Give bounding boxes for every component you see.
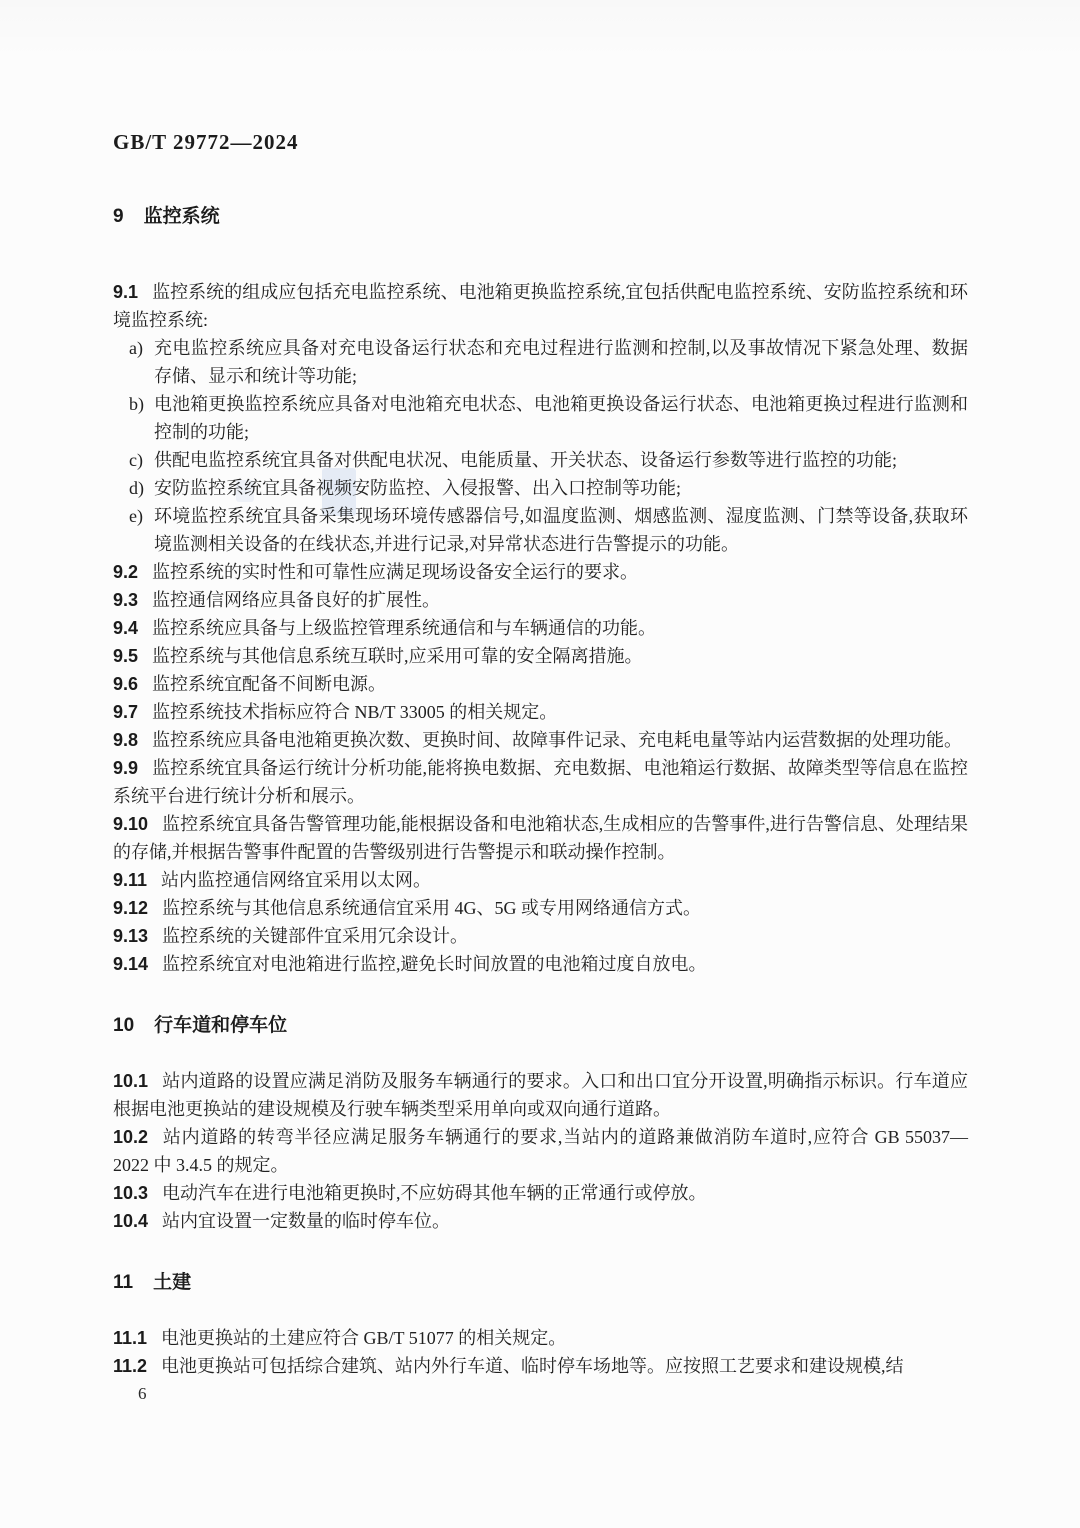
- list-marker: c): [129, 446, 143, 474]
- clause-number: 11.2: [113, 1356, 147, 1376]
- clause-text: 站内道路的设置应满足消防及服务车辆通行的要求。入口和出口宜分开设置,明确指示标识…: [113, 1071, 968, 1119]
- clause-text: 电池更换站的土建应符合 GB/T 51077 的相关规定。: [161, 1328, 566, 1348]
- clause-number: 9.5: [113, 646, 138, 666]
- clause-text: 监控系统与其他信息系统通信宜采用 4G、5G 或专用网络通信方式。: [162, 898, 701, 918]
- list-item-text: 充电监控系统应具备对充电设备运行状态和充电过程进行监测和控制,以及事故情况下紧急…: [154, 338, 968, 386]
- clause-number: 9.4: [113, 618, 138, 638]
- clause-9-5: 9.5监控系统与其他信息系统互联时,应采用可靠的安全隔离措施。: [113, 642, 968, 670]
- page-number: 6: [138, 1380, 968, 1408]
- list-item-text: 安防监控系统宜具备视频安防监控、入侵报警、出入口控制等功能;: [154, 478, 681, 498]
- clause-number: 9.11: [113, 870, 147, 890]
- clause-9-14: 9.14监控系统宜对电池箱进行监控,避免长时间放置的电池箱过度自放电。: [113, 950, 968, 978]
- clause-text: 监控系统宜具备运行统计分析功能,能将换电数据、充电数据、电池箱运行数据、故障类型…: [113, 758, 968, 806]
- clause-9-2: 9.2监控系统的实时性和可靠性应满足现场设备安全运行的要求。: [113, 558, 968, 586]
- clause-text: 站内宜设置一定数量的临时停车位。: [162, 1211, 450, 1231]
- clause-text: 监控系统应具备电池箱更换次数、更换时间、故障事件记录、充电耗电量等站内运营数据的…: [152, 730, 962, 750]
- section-number: 10: [113, 1015, 134, 1036]
- clause-number: 10.3: [113, 1183, 148, 1203]
- clause-10-2: 10.2站内道路的转弯半径应满足服务车辆通行的要求,当站内的道路兼做消防车道时,…: [113, 1123, 968, 1179]
- clause-9-12: 9.12监控系统与其他信息系统通信宜采用 4G、5G 或专用网络通信方式。: [113, 894, 968, 922]
- clause-number: 9.13: [113, 926, 148, 946]
- clause-number: 10.1: [113, 1071, 148, 1091]
- clause-number: 9.1: [113, 282, 138, 302]
- list-item-e: e)环境监控系统宜具备采集现场环境传感器信号,如温度监测、烟感监测、湿度监测、门…: [113, 502, 968, 558]
- clause-number: 9.2: [113, 562, 138, 582]
- clause-number: 9.12: [113, 898, 148, 918]
- clause-11-1: 11.1电池更换站的土建应符合 GB/T 51077 的相关规定。: [113, 1324, 968, 1352]
- section-heading-11: 11土建: [113, 1269, 968, 1297]
- clause-number: 10.2: [113, 1127, 148, 1147]
- section-number: 9: [113, 206, 124, 227]
- clause-9-7: 9.7监控系统技术指标应符合 NB/T 33005 的相关规定。: [113, 698, 968, 726]
- clause-9-11: 9.11站内监控通信网络宜采用以太网。: [113, 866, 968, 894]
- list-item-d: d)安防监控系统宜具备视频安防监控、入侵报警、出入口控制等功能;: [113, 474, 968, 502]
- clause-text: 电动汽车在进行电池箱更换时,不应妨碍其他车辆的正常通行或停放。: [162, 1183, 707, 1203]
- section-heading-10: 10行车道和停车位: [113, 1012, 968, 1040]
- clause-text: 监控系统与其他信息系统互联时,应采用可靠的安全隔离措施。: [152, 646, 643, 666]
- section-title: 土建: [153, 1272, 191, 1293]
- clause-text: 监控系统宜对电池箱进行监控,避免长时间放置的电池箱过度自放电。: [162, 954, 707, 974]
- clause-text: 监控系统的关键部件宜采用冗余设计。: [162, 926, 468, 946]
- clause-9-1: 9.1监控系统的组成应包括充电监控系统、电池箱更换监控系统,宜包括供配电监控系统…: [113, 278, 968, 334]
- clause-10-3: 10.3电动汽车在进行电池箱更换时,不应妨碍其他车辆的正常通行或停放。: [113, 1179, 968, 1207]
- list-marker: d): [129, 474, 144, 502]
- clause-number: 11.1: [113, 1328, 147, 1348]
- clause-text: 监控系统应具备与上级监控管理系统通信和与车辆通信的功能。: [152, 618, 656, 638]
- clause-text: 站内道路的转弯半径应满足服务车辆通行的要求,当站内的道路兼做消防车道时,应符合 …: [113, 1127, 968, 1175]
- list-item-text: 供配电监控系统宜具备对供配电状况、电能质量、开关状态、设备运行参数等进行监控的功…: [154, 450, 897, 470]
- clause-text: 电池更换站可包括综合建筑、站内外行车道、临时停车场地等。应按照工艺要求和建设规模…: [161, 1356, 904, 1376]
- clause-text: 监控系统宜具备告警管理功能,能根据设备和电池箱状态,生成相应的告警事件,进行告警…: [113, 814, 968, 862]
- list-marker: b): [129, 390, 144, 418]
- section-heading-9: 9监控系统: [113, 203, 968, 231]
- doc-code: GB/T 29772—2024: [113, 128, 968, 156]
- clause-11-2: 11.2电池更换站可包括综合建筑、站内外行车道、临时停车场地等。应按照工艺要求和…: [113, 1352, 968, 1380]
- section-number: 11: [113, 1272, 133, 1293]
- list-item-a: a)充电监控系统应具备对充电设备运行状态和充电过程进行监测和控制,以及事故情况下…: [113, 334, 968, 390]
- section-title: 监控系统: [144, 206, 220, 227]
- clause-10-1: 10.1站内道路的设置应满足消防及服务车辆通行的要求。入口和出口宜分开设置,明确…: [113, 1067, 968, 1123]
- clause-9-9: 9.9监控系统宜具备运行统计分析功能,能将换电数据、充电数据、电池箱运行数据、故…: [113, 754, 968, 810]
- clause-9-1-list: a)充电监控系统应具备对充电设备运行状态和充电过程进行监测和控制,以及事故情况下…: [113, 334, 968, 558]
- list-marker: e): [129, 502, 143, 530]
- clause-number: 9.8: [113, 730, 138, 750]
- clause-number: 9.9: [113, 758, 138, 778]
- clause-number: 10.4: [113, 1211, 148, 1231]
- clause-text: 站内监控通信网络宜采用以太网。: [161, 870, 431, 890]
- list-item-b: b)电池箱更换监控系统应具备对电池箱充电状态、电池箱更换设备运行状态、电池箱更换…: [113, 390, 968, 446]
- clause-9-4: 9.4监控系统应具备与上级监控管理系统通信和与车辆通信的功能。: [113, 614, 968, 642]
- clause-text: 监控系统的组成应包括充电监控系统、电池箱更换监控系统,宜包括供配电监控系统、安防…: [113, 282, 968, 330]
- clause-text: 监控系统宜配备不间断电源。: [152, 674, 386, 694]
- list-marker: a): [129, 334, 143, 362]
- clause-text: 监控通信网络应具备良好的扩展性。: [152, 590, 440, 610]
- list-item-text: 电池箱更换监控系统应具备对电池箱充电状态、电池箱更换设备运行状态、电池箱更换过程…: [154, 394, 968, 442]
- clause-number: 9.10: [113, 814, 148, 834]
- document-page: GB/T 29772—2024 9监控系统 9.1监控系统的组成应包括充电监控系…: [0, 0, 1080, 1528]
- clause-9-3: 9.3监控通信网络应具备良好的扩展性。: [113, 586, 968, 614]
- list-item-text: 环境监控系统宜具备采集现场环境传感器信号,如温度监测、烟感监测、湿度监测、门禁等…: [154, 506, 968, 554]
- clause-number: 9.3: [113, 590, 138, 610]
- clause-text: 监控系统的实时性和可靠性应满足现场设备安全运行的要求。: [152, 562, 638, 582]
- clause-9-6: 9.6监控系统宜配备不间断电源。: [113, 670, 968, 698]
- clause-9-13: 9.13监控系统的关键部件宜采用冗余设计。: [113, 922, 968, 950]
- clause-9-8: 9.8监控系统应具备电池箱更换次数、更换时间、故障事件记录、充电耗电量等站内运营…: [113, 726, 968, 754]
- clause-9-10: 9.10监控系统宜具备告警管理功能,能根据设备和电池箱状态,生成相应的告警事件,…: [113, 810, 968, 866]
- list-item-c: c)供配电监控系统宜具备对供配电状况、电能质量、开关状态、设备运行参数等进行监控…: [113, 446, 968, 474]
- clause-number: 9.6: [113, 674, 138, 694]
- clause-10-4: 10.4站内宜设置一定数量的临时停车位。: [113, 1207, 968, 1235]
- clause-number: 9.7: [113, 702, 138, 722]
- section-title: 行车道和停车位: [154, 1015, 287, 1036]
- clause-number: 9.14: [113, 954, 148, 974]
- clause-text: 监控系统技术指标应符合 NB/T 33005 的相关规定。: [152, 702, 557, 722]
